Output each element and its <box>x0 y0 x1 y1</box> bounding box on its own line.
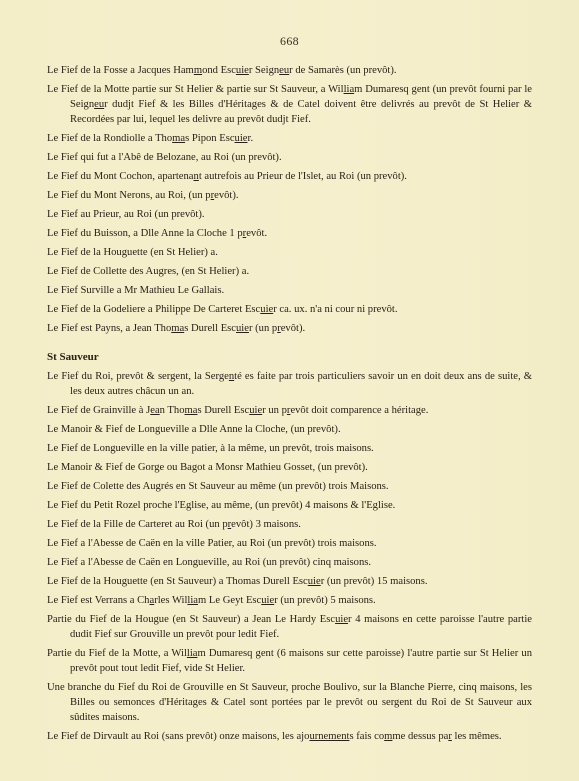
abbreviation-mark: uie <box>236 65 249 76</box>
entry-text: m Le Geyt Esc <box>198 595 261 606</box>
entry-text: Le Fief de Collette des Augres, (en St H… <box>47 266 249 277</box>
entry-text: evôt). <box>214 190 238 201</box>
entry-text: Le Fief de la Houguette (en St Sauveur) … <box>47 576 308 587</box>
entry-text: r (un p <box>249 323 277 334</box>
fief-entry: Le Fief est Verrans a Charles William Le… <box>47 593 532 608</box>
entries-list-st-helier: Le Fief de la Fosse a Jacques Hammond Es… <box>47 63 532 336</box>
abbreviation-mark: m <box>194 65 202 76</box>
fief-entry: Le Fief a l'Abesse de Caën en la ville P… <box>47 536 532 551</box>
entry-text: r Seign <box>249 65 279 76</box>
entry-text: r dudjt Fief & les Billes d'Héritages & … <box>70 99 532 125</box>
entry-text: Le Fief de la Houguette (en St Helier) a… <box>47 247 218 258</box>
abbreviation-mark: uie <box>260 304 273 315</box>
entry-text: rles Wil <box>154 595 187 606</box>
entry-text: Le Fief du Mont Nerons, au Roi, (un p <box>47 190 211 201</box>
abbreviation-mark: uie <box>249 405 262 416</box>
entry-text: Le Fief de la Rondiolle a Tho <box>47 133 172 144</box>
abbreviation-mark: urnement <box>309 731 349 742</box>
entry-text: evôt). <box>281 323 305 334</box>
entry-text: Le Fief du Mont Cochon, apartena <box>47 171 194 182</box>
fief-entry: Le Fief de Dirvault au Roi (sans prevôt)… <box>47 729 532 744</box>
entry-text: Une branche du Fief du Roi de Grouville … <box>47 682 532 723</box>
entry-text: me dessus pa <box>392 731 448 742</box>
entry-text: Le Fief a l'Abesse de Caën en Longuevill… <box>47 557 371 568</box>
entries-list-st-sauveur: Le Fief du Roi, prevôt & sergent, la Ser… <box>47 369 532 744</box>
entry-text: Le Manoir & Fief de Longueville a Dlle A… <box>47 424 341 435</box>
fief-entry: Le Fief qui fut a l'Abê de Belozane, au … <box>47 150 532 165</box>
entry-text: s Durell Esc <box>197 405 249 416</box>
abbreviation-mark: lia <box>187 648 198 659</box>
entry-text: s fais co <box>349 731 384 742</box>
fief-entry: Le Fief de la Godeliere a Philippe De Ca… <box>47 302 532 317</box>
fief-entry: Le Fief de la Fosse a Jacques Hammond Es… <box>47 63 532 78</box>
entry-text: Le Fief est Verrans a Ch <box>47 595 149 606</box>
entry-text: n Tho <box>160 405 185 416</box>
entry-text: Le Fief de Longueville en la ville patie… <box>47 443 374 454</box>
abbreviation-mark: ma <box>185 405 198 416</box>
fief-entry: Le Fief de Grainville à Jean Thomas Dure… <box>47 403 532 418</box>
abbreviation-mark: ma <box>172 133 185 144</box>
abbreviation-mark: eu <box>279 65 289 76</box>
fief-entry: Le Fief de la Houguette (en St Helier) a… <box>47 245 532 260</box>
section-heading-st-sauveur: St Sauveur <box>47 350 532 365</box>
entry-text: Partie du Fief de la Hougue (en St Sauve… <box>47 614 335 625</box>
fief-entry: Partie du Fief de la Motte, a William Du… <box>47 646 532 676</box>
entry-text: t autrefois au Prieur de l'Islet, au Roi… <box>199 171 407 182</box>
entry-text: Le Fief de Dirvault au Roi (sans prevôt)… <box>47 731 309 742</box>
fief-entry: Le Fief est Payns, a Jean Thomas Durell … <box>47 321 532 336</box>
entry-text: evôt doit comparence a héritage. <box>290 405 428 416</box>
fief-entry: Le Fief du Petit Rozel proche l'Eglise, … <box>47 498 532 513</box>
entry-text: r ca. ux. n'a ni cour ni prevôt. <box>273 304 397 315</box>
document-page: 668 Le Fief de la Fosse a Jacques Hammon… <box>0 0 579 781</box>
entry-text: r. <box>248 133 254 144</box>
fief-entry: Le Fief de la Motte partie sur St Helier… <box>47 82 532 127</box>
fief-entry: Le Fief a l'Abesse de Caën en Longuevill… <box>47 555 532 570</box>
abbreviation-mark: uie <box>335 614 348 625</box>
fief-entry: Le Fief de la Houguette (en St Sauveur) … <box>47 574 532 589</box>
fief-entry: Le Manoir & Fief de Longueville a Dlle A… <box>47 422 532 437</box>
fief-entry: Le Fief du Roi, prevôt & sergent, la Ser… <box>47 369 532 399</box>
entry-text: s Pipon Esc <box>185 133 234 144</box>
fief-entry: Le Fief du Buisson, a Dlle Anne la Cloch… <box>47 226 532 241</box>
entry-text: Le Fief de Grainville à J <box>47 405 150 416</box>
entry-text: s Durell Esc <box>184 323 236 334</box>
abbreviation-mark: lia <box>344 84 355 95</box>
entry-text: Le Fief a l'Abesse de Caën en la ville P… <box>47 538 377 549</box>
fief-entry: Le Fief de Collette des Augres, (en St H… <box>47 264 532 279</box>
entry-text: Le Manoir & Fief de Gorge ou Bagot a Mon… <box>47 462 368 473</box>
fief-entry: Le Manoir & Fief de Gorge ou Bagot a Mon… <box>47 460 532 475</box>
entry-text: r (un prevôt) 15 maisons. <box>321 576 428 587</box>
entry-text: Le Fief est Payns, a Jean Tho <box>47 323 171 334</box>
entry-text: Le Fief de Colette des Augrés en St Sauv… <box>47 481 389 492</box>
fief-entry: Le Fief de Colette des Augrés en St Sauv… <box>47 479 532 494</box>
abbreviation-mark: uie <box>308 576 321 587</box>
entry-text: Le Fief de la Fosse a Jacques Ham <box>47 65 194 76</box>
fief-entry: Le Fief Surville a Mr Mathieu Le Gallais… <box>47 283 532 298</box>
abbreviation-mark: ea <box>150 405 159 416</box>
abbreviation-mark: uie <box>235 133 248 144</box>
entry-text: Le Fief de la Godeliere a Philippe De Ca… <box>47 304 260 315</box>
fief-entry: Une branche du Fief du Roi de Grouville … <box>47 680 532 725</box>
abbreviation-mark: uie <box>236 323 249 334</box>
entry-text: evôt. <box>246 228 267 239</box>
entry-text: les mêmes. <box>452 731 502 742</box>
page-content: Le Fief de la Fosse a Jacques Hammond Es… <box>47 63 532 748</box>
entry-text: Le Fief du Petit Rozel proche l'Eglise, … <box>47 500 395 511</box>
entry-text: Le Fief de la Motte partie sur St Helier… <box>47 84 344 95</box>
entry-text: ond Esc <box>202 65 236 76</box>
fief-entry: Le Fief au Prieur, au Roi (un prevôt). <box>47 207 532 222</box>
fief-entry: Partie du Fief de la Hougue (en St Sauve… <box>47 612 532 642</box>
fief-entry: Le Fief de Longueville en la ville patie… <box>47 441 532 456</box>
abbreviation-mark: lia <box>187 595 198 606</box>
entry-text: Le Fief au Prieur, au Roi (un prevôt). <box>47 209 205 220</box>
page-number: 668 <box>0 34 579 49</box>
entry-text: r (un prevôt) 5 maisons. <box>274 595 376 606</box>
entry-text: Partie du Fief de la Motte, a Wil <box>47 648 187 659</box>
entry-text: Le Fief du Buisson, a Dlle Anne la Cloch… <box>47 228 243 239</box>
abbreviation-mark: ma <box>171 323 184 334</box>
abbreviation-mark: eu <box>94 99 104 110</box>
entry-text: Le Fief de la Fille de Carteret au Roi (… <box>47 519 228 530</box>
fief-entry: Le Fief du Mont Cochon, apartenant autre… <box>47 169 532 184</box>
fief-entry: Le Fief de la Fille de Carteret au Roi (… <box>47 517 532 532</box>
entry-text: Le Fief Surville a Mr Mathieu Le Gallais… <box>47 285 224 296</box>
fief-entry: Le Fief de la Rondiolle a Thomas Pipon E… <box>47 131 532 146</box>
entry-text: r un p <box>262 405 287 416</box>
fief-entry: Le Fief du Mont Nerons, au Roi, (un prev… <box>47 188 532 203</box>
entry-text: Le Fief du Roi, prevôt & sergent, la Ser… <box>47 371 229 382</box>
entry-text: evôt) 3 maisons. <box>231 519 301 530</box>
abbreviation-mark: uie <box>261 595 274 606</box>
entry-text: r de Samarès (un prevôt). <box>289 65 396 76</box>
entry-text: Le Fief qui fut a l'Abê de Belozane, au … <box>47 152 282 163</box>
